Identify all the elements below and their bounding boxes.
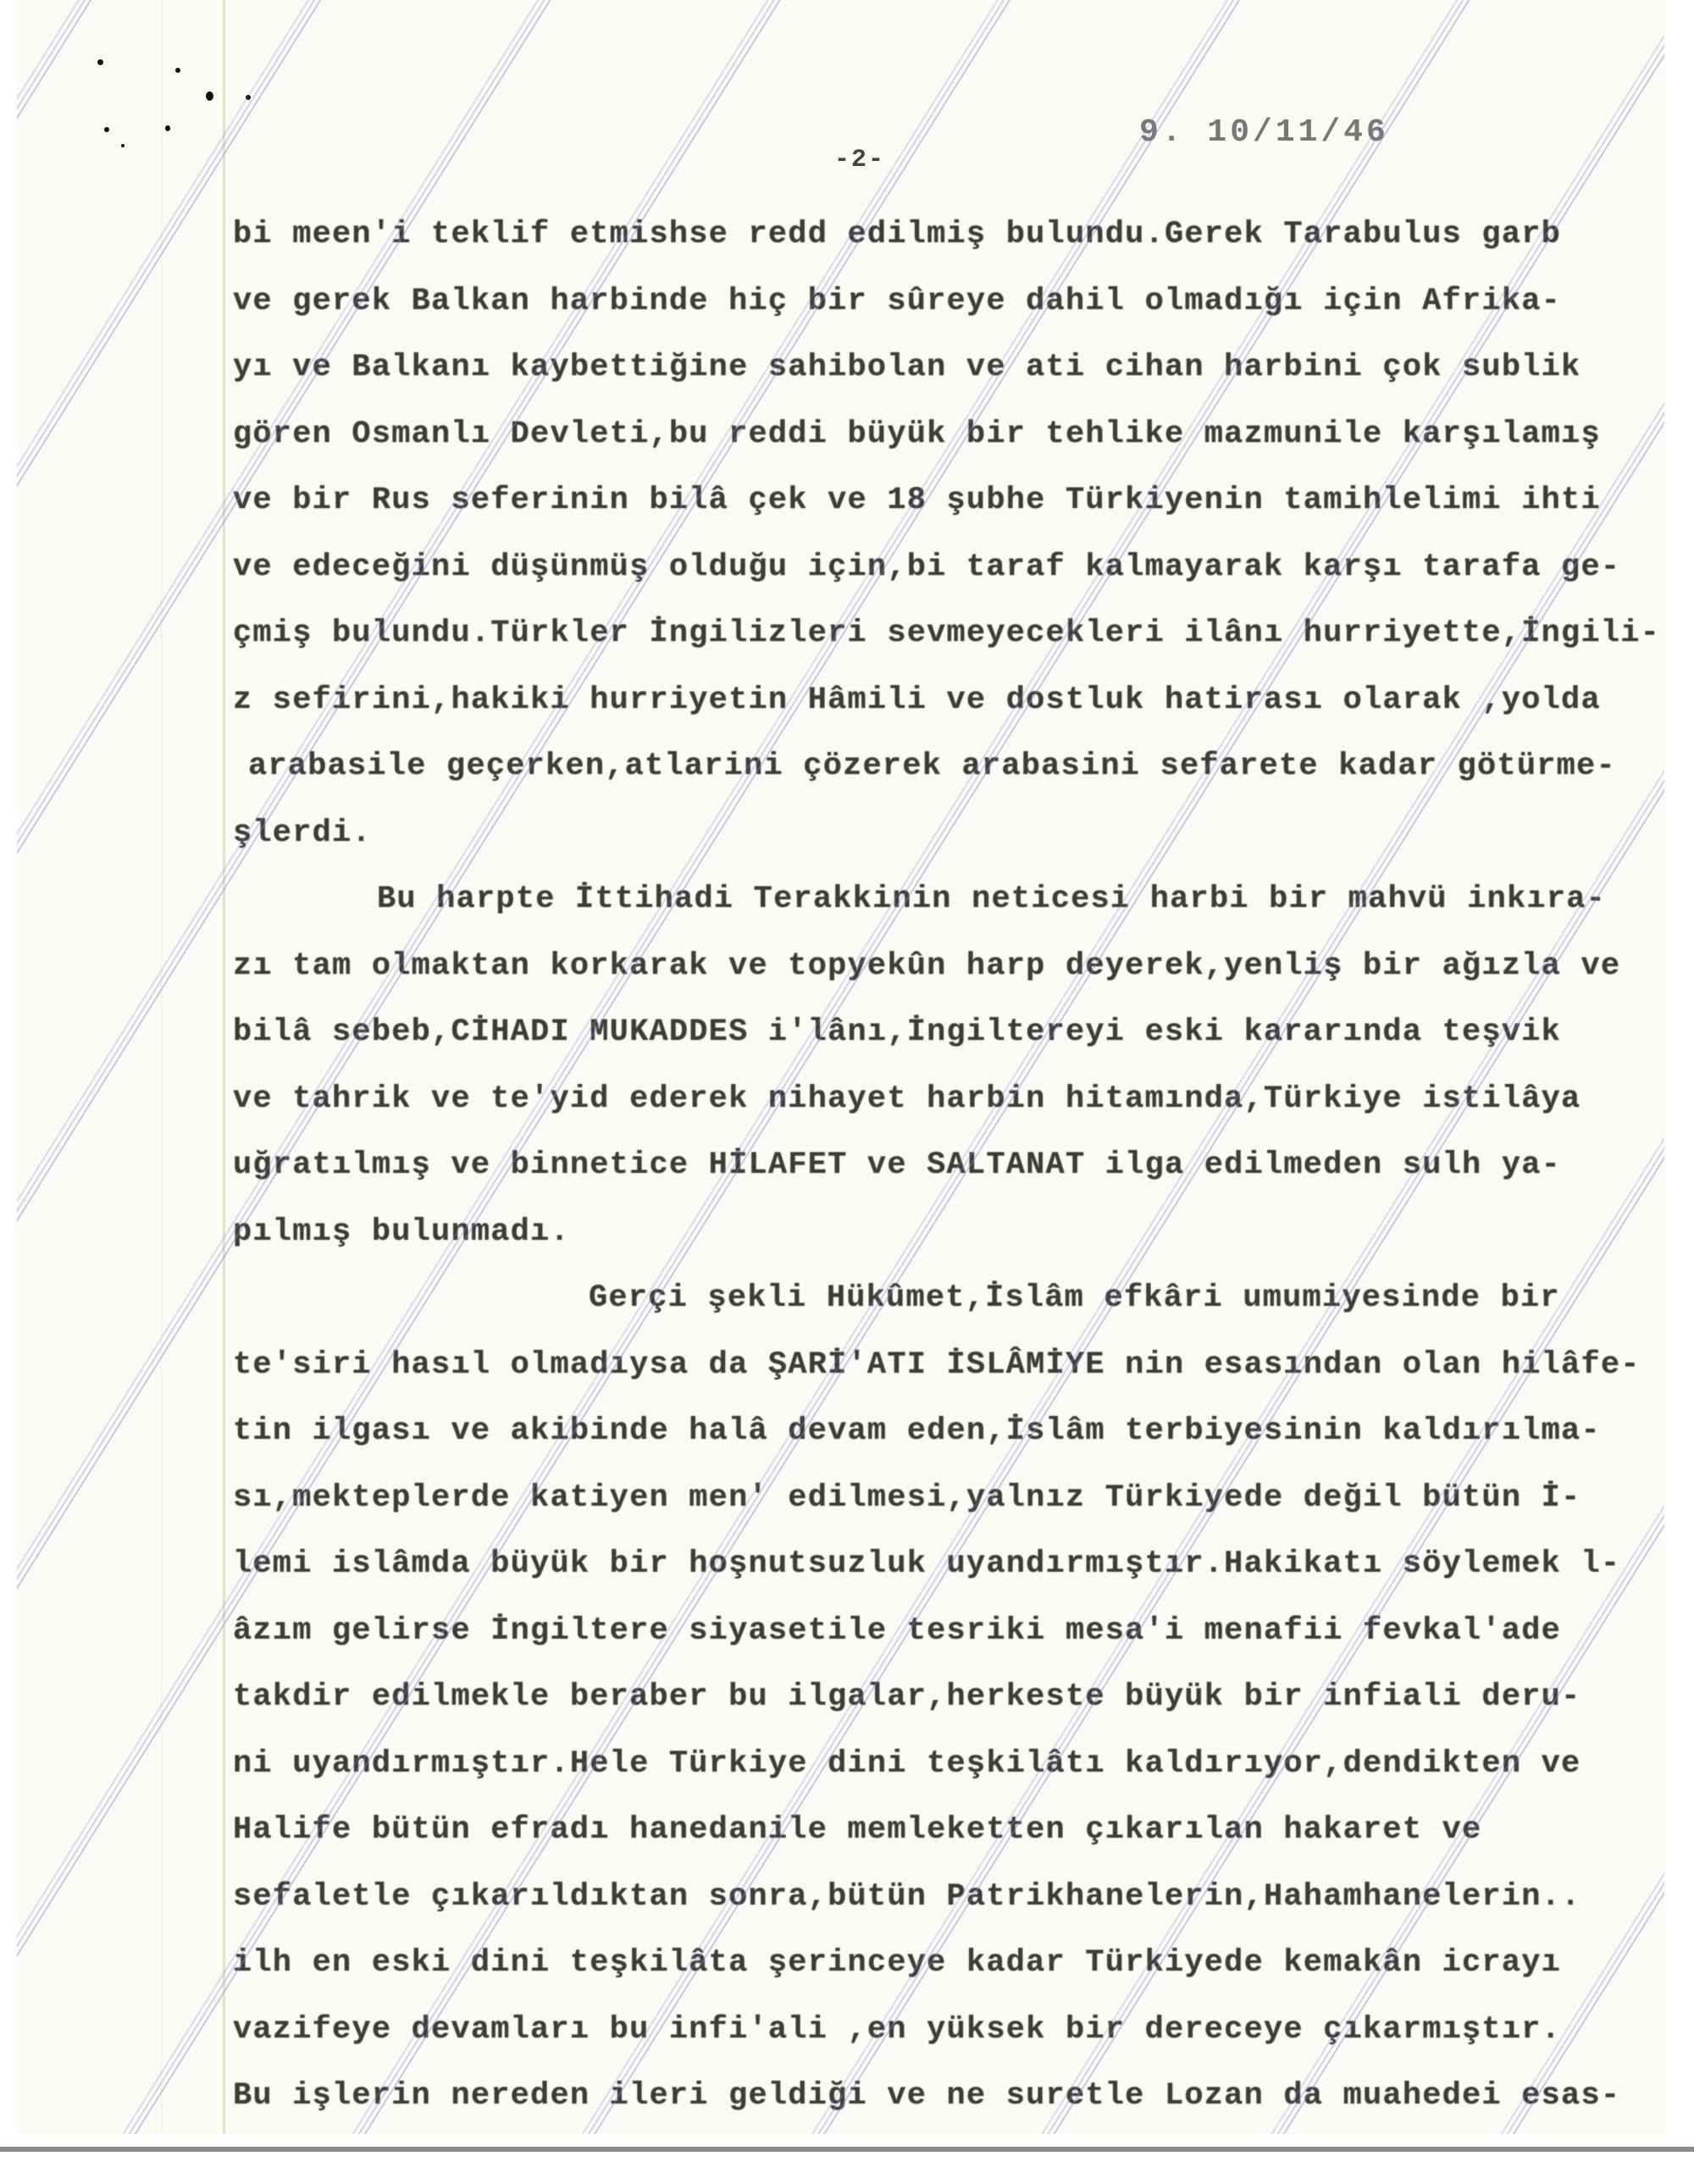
text-line: z sefirini,hakiki hurriyetin Hâmili ve d… [233,667,1664,734]
text-line: pılmış bulunmadı. [233,1199,1664,1266]
text-line: âzım gelirse İngiltere siyasetile tesrik… [233,1598,1664,1665]
document-date: 9. 10/11/46 [1139,114,1389,151]
margin-line [223,0,225,2134]
text-line: ve bir Rus seferinin bilâ çek ve 18 şubh… [233,467,1664,534]
text-line: ve edeceğini düşünmüş olduğu için,bi tar… [233,534,1664,601]
typewritten-body: bi meen'i teklif etmishse redd edilmiş b… [233,202,1664,2130]
text-line: vazifeye devamları bu infi'ali ,en yükse… [233,1997,1664,2064]
text-line: lemi islâmda büyük bir hoşnutsuzluk uyan… [233,1531,1664,1598]
text-line: Bu işlerin nereden ileri geldiği ve ne s… [233,2063,1664,2130]
text-line: gören Osmanlı Devleti,bu reddi büyük bir… [233,401,1664,468]
text-line: Halife bütün efradı hanedanile memlekett… [233,1797,1664,1864]
text-line: Gerçi şekli Hükûmet,İslâm efkâri umumiye… [233,1265,1664,1332]
text-line: ve tahrik ve te'yid ederek nihayet harbi… [233,1066,1664,1133]
text-line: arabasile geçerken,atlarini çözerek arab… [233,733,1664,800]
text-line: te'siri hasıl olmadıysa da ŞARİ'ATI İSLÂ… [233,1332,1664,1399]
text-line: yı ve Balkanı kaybettiğine sahibolan ve … [233,335,1664,401]
text-line: bilâ sebeb,CİHADI MUKADDES i'lânı,İngilt… [233,999,1664,1066]
text-line: ilh en eski dini teşkilâta şerinceye kad… [233,1930,1664,1997]
text-line: bi meen'i teklif etmishse redd edilmiş b… [233,202,1664,268]
scanned-document-page: -2- 9. 10/11/46 bi meen'i teklif etmishs… [17,0,1664,2134]
text-line: ve gerek Balkan harbinde hiç bir sûreye … [233,268,1664,335]
text-line: sı,mekteplerde katiyen men' edilmesi,yal… [233,1465,1664,1532]
page-bottom-margin [0,2152,1694,2184]
text-line: sefaletle çıkarıldıktan sonra,bütün Patr… [233,1864,1664,1931]
page-number: -2- [834,146,885,174]
text-line: tin ilgası ve akibinde halâ devam eden,İ… [233,1398,1664,1465]
ink-specks [80,51,250,152]
text-line: uğratılmış ve binnetice HİLAFET ve SALTA… [233,1132,1664,1199]
text-line: çmiş bulundu.Türkler İngilizleri sevmeye… [233,600,1664,667]
text-line: şlerdi. [233,800,1664,867]
text-line: Bu harpte İttihadi Terakkinin neticesi h… [233,866,1664,933]
paper-fold-line [161,0,162,2134]
text-line: zı tam olmaktan korkarak ve topyekûn har… [233,933,1664,1000]
text-line: ni uyandırmıştır.Hele Türkiye dini teşki… [233,1731,1664,1798]
text-line: takdir edilmekle beraber bu ilgalar,herk… [233,1664,1664,1731]
